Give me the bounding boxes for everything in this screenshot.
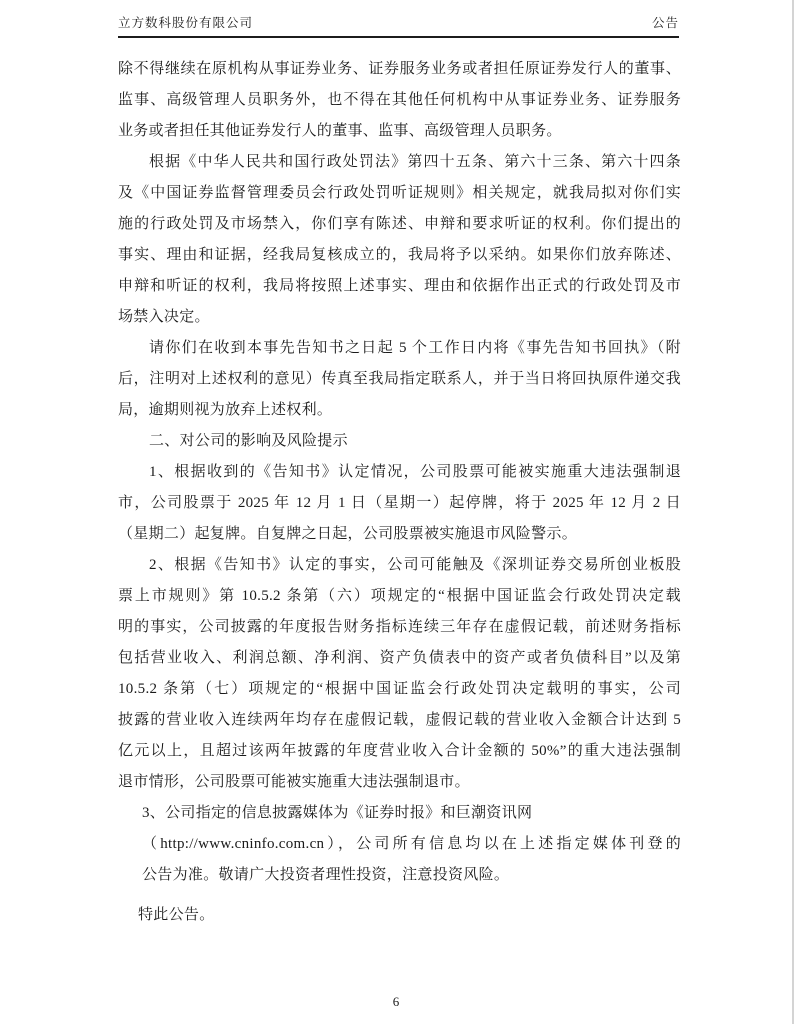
body-line: 公告为准。敬请广大投资者理性投资，注意投资风险。 — [142, 860, 681, 891]
body-line: 业务或者担任其他证券发行人的董事、监事、高级管理人员职务。 — [118, 116, 681, 147]
paragraph: 请你们在收到本事先告知书之日起 5 个工作日内将《事先告知书回执》（附 后，注明… — [118, 333, 681, 426]
body-line: 场禁入决定。 — [118, 302, 681, 333]
document-body: 除不得继续在原机构从事证券业务、证券服务业务或者担任原证券发行人的董事、 监事、… — [118, 54, 681, 931]
body-line: （http://www.cninfo.com.cn），公司所有信息均以在上述指定… — [142, 829, 681, 860]
body-line: 请你们在收到本事先告知书之日起 5 个工作日内将《事先告知书回执》（附 — [118, 333, 681, 364]
body-line: 明的事实，公司披露的年度报告财务指标连续三年存在虚假记载，前述财务指标 — [118, 612, 681, 643]
page-footer: 6 — [0, 994, 792, 1010]
paragraph: 2、根据《告知书》认定的事实，公司可能触及《深圳证券交易所创业板股 票上市规则》… — [118, 550, 681, 798]
body-line: 二、对公司的影响及风险提示 — [118, 426, 681, 457]
paragraph: 除不得继续在原机构从事证券业务、证券服务业务或者担任原证券发行人的董事、 监事、… — [118, 54, 681, 147]
body-line: 除不得继续在原机构从事证券业务、证券服务业务或者担任原证券发行人的董事、 — [118, 54, 681, 85]
body-line: 事实、理由和证据，经我局复核成立的，我局将予以采纳。如果你们放弃陈述、 — [118, 240, 681, 271]
body-line: 3、公司指定的信息披露媒体为《证券时报》和巨潮资讯网 — [142, 798, 681, 829]
body-line: 申辩和听证的权利，我局将按照上述事实、理由和依据作出正式的行政处罚及市 — [118, 271, 681, 302]
section-heading: 二、对公司的影响及风险提示 — [118, 426, 681, 457]
paragraph: 根据《中华人民共和国行政处罚法》第四十五条、第六十三条、第六十四条 及《中国证券… — [118, 147, 681, 333]
body-line: 票上市规则》第 10.5.2 条第（六）项规定的“根据中国证监会行政处罚决定载 — [118, 581, 681, 612]
page-number: 6 — [393, 994, 400, 1009]
document-page: 立方数科股份有限公司 公告 除不得继续在原机构从事证券业务、证券服务业务或者担任… — [0, 0, 794, 1024]
body-line: 监事、高级管理人员职务外，也不得在其他任何机构中从事证券业务、证券服务 — [118, 85, 681, 116]
body-line: 市，公司股票于 2025 年 12 月 1 日（星期一）起停牌，将于 2025 … — [118, 488, 681, 519]
body-line: 退市情形，公司股票可能被实施重大违法强制退市。 — [118, 767, 681, 798]
document-type-label: 公告 — [652, 13, 679, 31]
body-line: 特此公告。 — [118, 900, 681, 931]
closing-paragraph: 特此公告。 — [118, 900, 681, 931]
paragraph: 3、公司指定的信息披露媒体为《证券时报》和巨潮资讯网 （http://www.c… — [118, 798, 681, 891]
body-line: 后，注明对上述权利的意见）传真至我局指定联系人，并于当日将回执原件递交我 — [118, 364, 681, 395]
company-name: 立方数科股份有限公司 — [118, 13, 253, 31]
body-line: 根据《中华人民共和国行政处罚法》第四十五条、第六十三条、第六十四条 — [118, 147, 681, 178]
body-line: 1、根据收到的《告知书》认定情况，公司股票可能被实施重大违法强制退 — [118, 457, 681, 488]
body-line: 施的行政处罚及市场禁入，你们享有陈述、申辩和要求听证的权利。你们提出的 — [118, 209, 681, 240]
paragraph: 1、根据收到的《告知书》认定情况，公司股票可能被实施重大违法强制退 市，公司股票… — [118, 457, 681, 550]
page-header: 立方数科股份有限公司 公告 — [118, 13, 679, 38]
body-line: 及《中国证券监督管理委员会行政处罚听证规则》相关规定，就我局拟对你们实 — [118, 178, 681, 209]
body-line: 10.5.2 条第（七）项规定的“根据中国证监会行政处罚决定载明的事实，公司 — [118, 674, 681, 705]
body-line: （星期二）起复牌。自复牌之日起，公司股票被实施退市风险警示。 — [118, 519, 681, 550]
body-line: 局，逾期则视为放弃上述权利。 — [118, 395, 681, 426]
body-line: 包括营业收入、利润总额、净利润、资产负债表中的资产或者负债科目”以及第 — [118, 643, 681, 674]
body-line: 披露的营业收入连续两年均存在虚假记载，虚假记载的营业收入金额合计达到 5 — [118, 705, 681, 736]
body-line: 2、根据《告知书》认定的事实，公司可能触及《深圳证券交易所创业板股 — [118, 550, 681, 581]
body-line: 亿元以上，且超过该两年披露的年度营业收入合计金额的 50%”的重大违法强制 — [118, 736, 681, 767]
